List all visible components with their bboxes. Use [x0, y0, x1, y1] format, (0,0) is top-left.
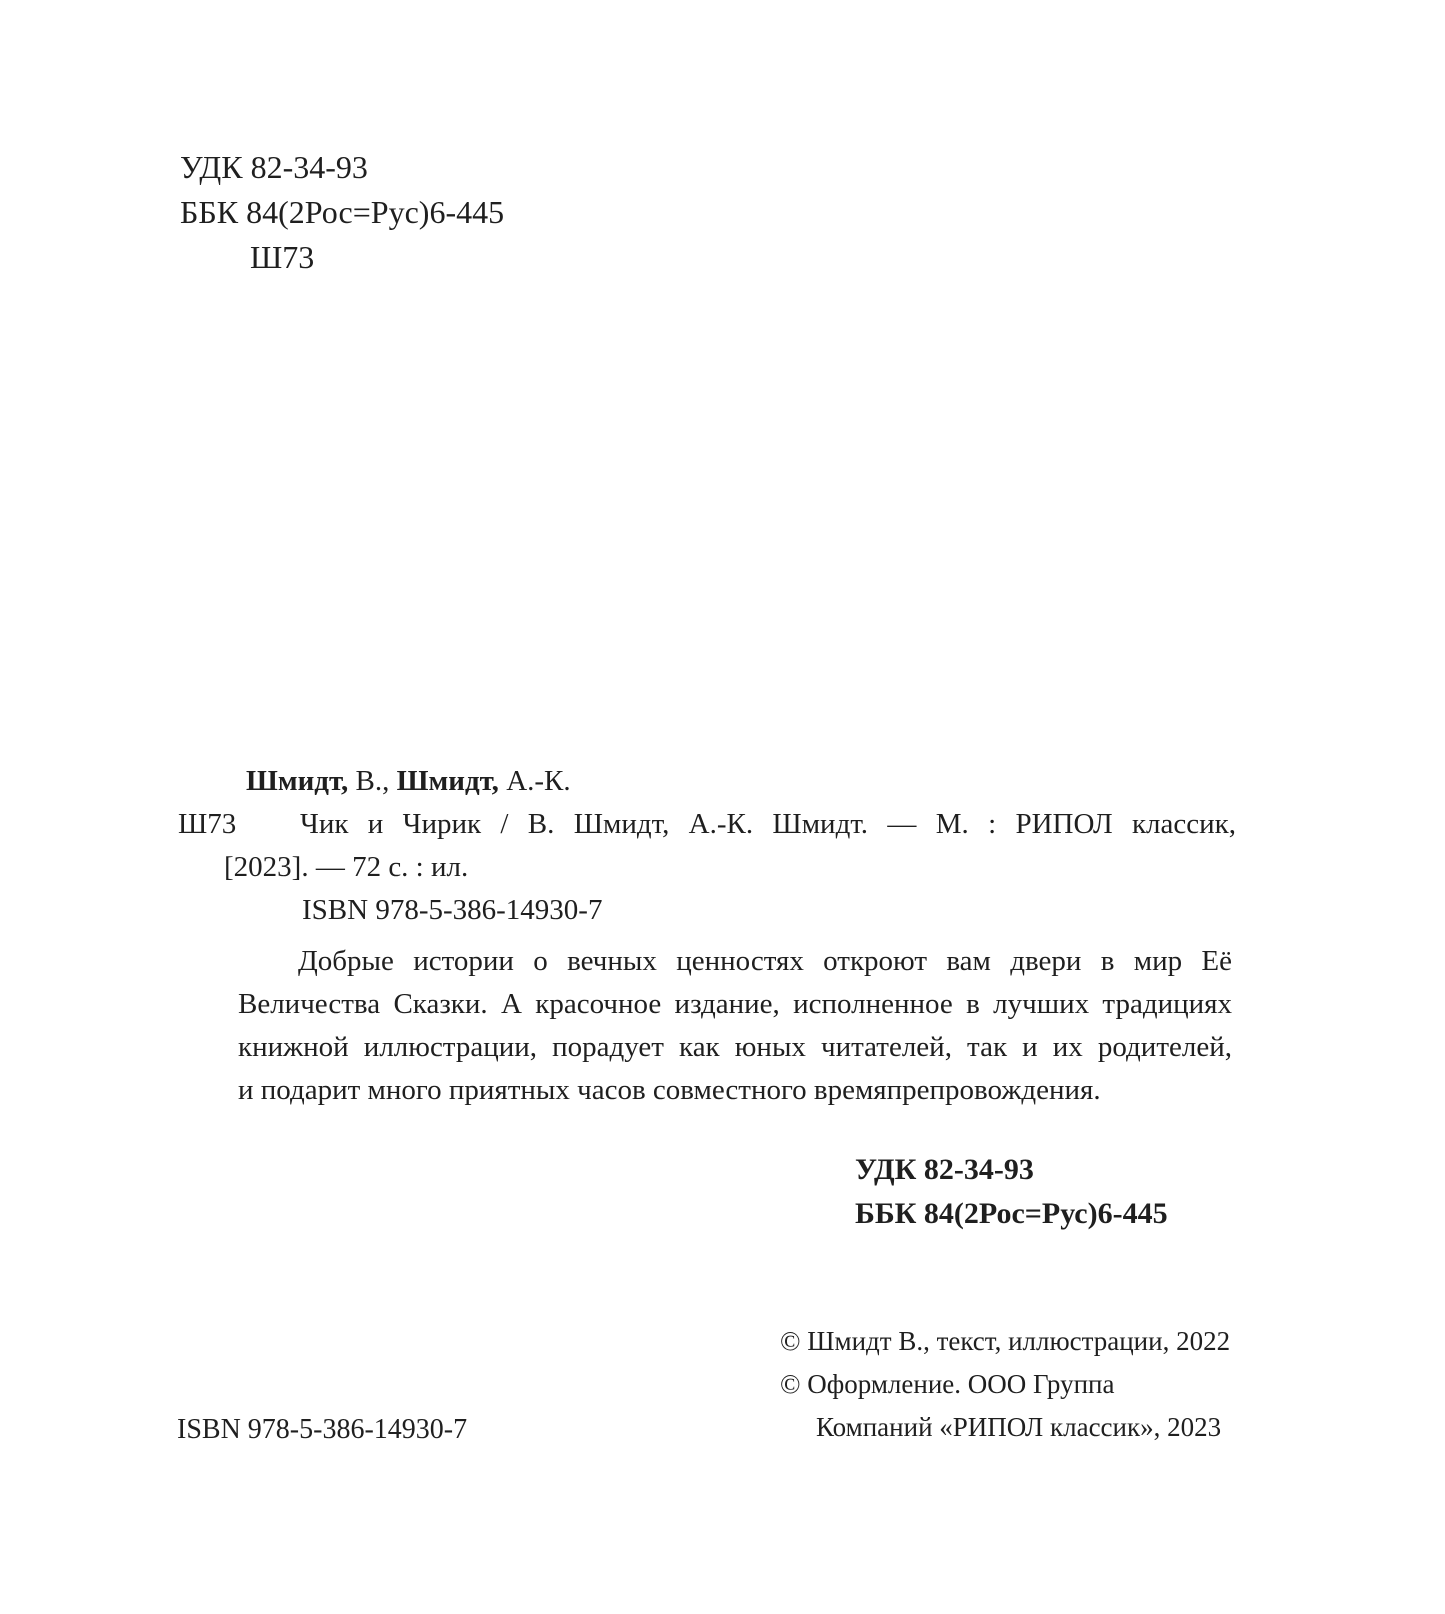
- imprint-page: УДК 82-34-93 ББК 84(2Рос=Рус)6-445 Ш73 Ш…: [0, 0, 1445, 1614]
- copyright-line-text-illustrations: © Шмидт В., текст, иллюстрации, 2022: [780, 1320, 1230, 1363]
- author2-initials: А.-К.: [499, 765, 571, 797]
- bold-classification-block: УДК 82-34-93 ББК 84(2Рос=Рус)6-445: [855, 1148, 1168, 1236]
- annotation-line: Величества Сказки. А красочное издание, …: [238, 983, 1232, 1026]
- annotation-line: книжной иллюстрации, порадует как юных ч…: [238, 1026, 1232, 1069]
- author-sign-card: Ш73: [178, 803, 300, 846]
- bbk-line-top: ББК 84(2Рос=Рус)6-445: [180, 190, 504, 235]
- title-text: Чик и Чирик / В. Шмидт, А.-К. Шмидт. — М…: [300, 808, 1236, 840]
- author1-initials: В.,: [348, 765, 396, 797]
- annotation-paragraph: Добрые истории о вечных ценностях открою…: [238, 940, 1232, 1112]
- author1-surname: Шмидт,: [246, 765, 348, 797]
- copyright-line-company: Компаний «РИПОЛ классик», 2023: [780, 1406, 1230, 1449]
- annotation-line: и подарит много приятных часов совместно…: [238, 1069, 1232, 1112]
- udk-line-bold: УДК 82-34-93: [855, 1148, 1168, 1192]
- catalog-card: Шмидт, В., Шмидт, А.-К. Ш73Чик и Чирик /…: [178, 760, 1236, 932]
- title-continuation-line: [2023]. — 72 с. : ил.: [178, 846, 1236, 889]
- title-line: Ш73Чик и Чирик / В. Шмидт, А.-К. Шмидт. …: [178, 803, 1236, 846]
- authors-line: Шмидт, В., Шмидт, А.-К.: [178, 760, 1236, 803]
- top-classification-block: УДК 82-34-93 ББК 84(2Рос=Рус)6-445 Ш73: [180, 145, 504, 280]
- author2-surname: Шмидт,: [397, 765, 499, 797]
- card-isbn-line: ISBN 978-5-386-14930-7: [178, 889, 1236, 932]
- annotation-line: Добрые истории о вечных ценностях открою…: [238, 940, 1232, 983]
- bbk-line-bold: ББК 84(2Рос=Рус)6-445: [855, 1192, 1168, 1236]
- footer-isbn: ISBN 978-5-386-14930-7: [177, 1408, 467, 1451]
- udk-line-top: УДК 82-34-93: [180, 145, 504, 190]
- copyright-block: © Шмидт В., текст, иллюстрации, 2022 © О…: [780, 1320, 1230, 1449]
- copyright-line-design: © Оформление. ООО Группа: [780, 1363, 1230, 1406]
- author-sign-top: Ш73: [180, 235, 504, 280]
